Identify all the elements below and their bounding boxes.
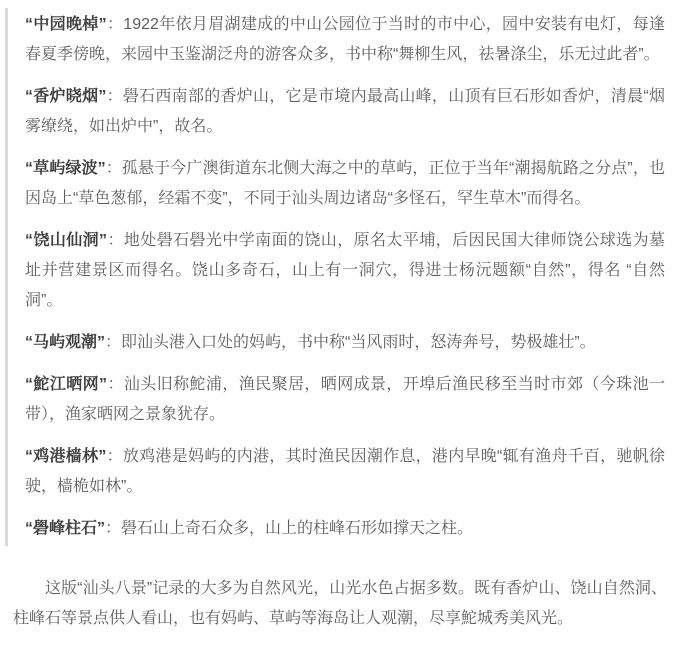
summary-paragraph: 这版“汕头八景”记录的大多为自然风光，山光水色占据多数。既有香炉山、饶山自然洞、… xyxy=(13,574,667,634)
scenic-entry: “中园晚棹”：1922年依月眉湖建成的中山公园位于当时的市中心，园中安装有电灯，… xyxy=(25,10,665,70)
scenic-entry: “草屿绿波”：孤悬于今广澳街道东北侧大海之中的草屿，正位于当年“潮揭航路之分点”… xyxy=(25,154,665,214)
entry-title: “马屿观潮” xyxy=(25,334,105,351)
entry-body: ：即汕头港入口处的妈屿，书中称“当风雨时，怒涛奔号，势极雄壮”。 xyxy=(105,334,596,351)
scenic-spots-quote-block: “中园晚棹”：1922年依月眉湖建成的中山公园位于当时的市中心，园中安装有电灯，… xyxy=(5,8,669,546)
entry-title: “草屿绿波” xyxy=(25,160,106,177)
scenic-entry: “香炉晓烟”：礐石西南部的香炉山，它是市境内最高山峰，山顶有巨石形如香炉，清晨“… xyxy=(25,82,665,142)
entry-title: “鸡港樯林” xyxy=(25,448,106,465)
scenic-entry: “鮀江晒网”：汕头旧称鮀浦，渔民聚居，晒网成景，开埠后渔民移至当时市郊（今珠池一… xyxy=(25,370,665,430)
entry-title: “礐峰柱石” xyxy=(25,520,105,537)
entry-body: ：礐石山上奇石众多，山上的柱峰石形如撑天之柱。 xyxy=(105,520,473,537)
article-page: “中园晚棹”：1922年依月眉湖建成的中山公园位于当时的市中心，园中安装有电灯，… xyxy=(0,8,687,658)
entry-body: ：地处礐石礐光中学南面的饶山，原名太平埔，后因民国大律师饶公球选为墓址并营建景区… xyxy=(25,232,665,309)
entry-title: “香炉晓烟” xyxy=(25,88,106,105)
entry-body: ：1922年依月眉湖建成的中山公园位于当时的市中心，园中安装有电灯，每逢春夏季傍… xyxy=(25,16,665,63)
scenic-entry: “礐峰柱石”：礐石山上奇石众多，山上的柱峰石形如撑天之柱。 xyxy=(25,514,665,544)
entry-body: ：汕头旧称鮀浦，渔民聚居，晒网成景，开埠后渔民移至当时市郊（今珠池一带），渔家晒… xyxy=(25,376,665,423)
entry-title: “中园晚棹” xyxy=(25,16,107,33)
entry-body: ：礐石西南部的香炉山，它是市境内最高山峰，山顶有巨石形如香炉，清晨“烟雾缭绕，如… xyxy=(25,88,665,135)
scenic-entry: “饶山仙洞”：地处礐石礐光中学南面的饶山，原名太平埔，后因民国大律师饶公球选为墓… xyxy=(25,226,665,316)
entry-body: ：放鸡港是妈屿的内港，其时渔民因潮作息，港内早晚“辄有渔舟千百，驰帆徐驶，樯桅如… xyxy=(25,448,665,495)
entry-body: ：孤悬于今广澳街道东北侧大海之中的草屿，正位于当年“潮揭航路之分点”，也因岛上“… xyxy=(25,160,665,207)
scenic-entry: “鸡港樯林”：放鸡港是妈屿的内港，其时渔民因潮作息，港内早晚“辄有渔舟千百，驰帆… xyxy=(25,442,665,502)
entry-title: “饶山仙洞” xyxy=(25,232,107,249)
scenic-entry: “马屿观潮”：即汕头港入口处的妈屿，书中称“当风雨时，怒涛奔号，势极雄壮”。 xyxy=(25,328,665,358)
entry-title: “鮀江晒网” xyxy=(25,376,107,393)
